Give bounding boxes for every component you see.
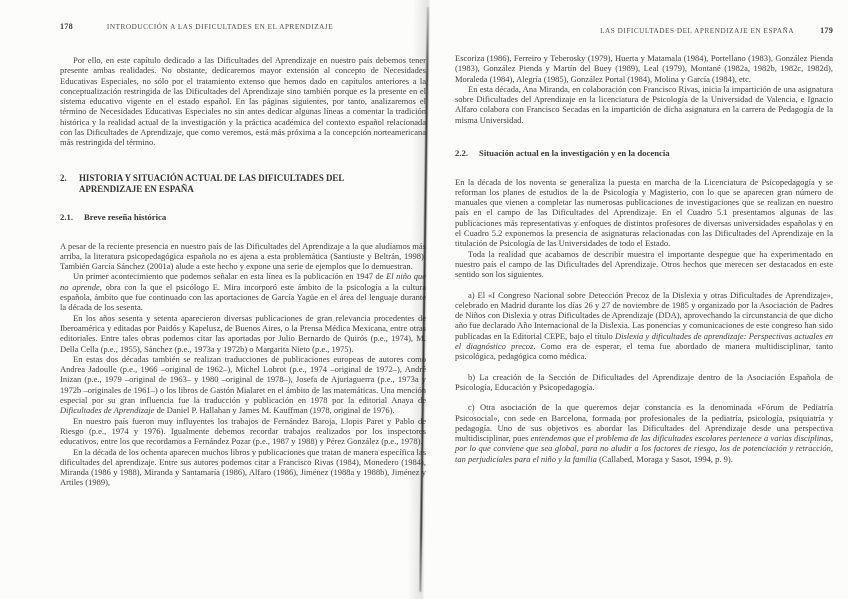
right-page-number: 179	[820, 26, 833, 35]
paragraph-miranda: En esta década, Ana Miranda, en colabora…	[455, 84, 833, 125]
paragraph-noventa: En la década de los noventa se generaliz…	[455, 177, 833, 249]
paragraph-intro: Por ello, en este capítulo dedicado a la…	[60, 55, 426, 148]
paragraph-autores-continuacion: Escoriza (1986), Ferreiro y Teberosky (1…	[455, 53, 833, 84]
paragraph-realidad: Toda la realidad que acabamos de describ…	[455, 249, 833, 280]
section-heading-title: HISTORIA Y SITUACIÓN ACTUAL DE LAS DIFIC…	[79, 173, 379, 195]
left-page: 178 INTRODUCCIÓN A LAS DIFICULTADES EN E…	[60, 22, 426, 488]
paragraph-sesenta: En los años sesenta y setenta apareciero…	[60, 313, 426, 354]
section-heading-number: 2.	[60, 173, 79, 195]
paragraph-influyentes: En nuestro país fueron muy influyentes l…	[60, 416, 426, 447]
left-running-head-title: INTRODUCCIÓN A LAS DIFICULTADES EN EL AP…	[107, 23, 333, 32]
subsection-heading-2-2: 2.2. Situación actual en la investigació…	[455, 148, 833, 159]
list-item-a: a) El «I Congreso Nacional sobre Detecci…	[455, 290, 833, 362]
section-heading-2: 2. HISTORIA Y SITUACIÓN ACTUAL DE LAS DI…	[60, 173, 426, 195]
subsection-heading-title: Breve reseña histórica	[84, 212, 166, 223]
left-page-number: 178	[60, 22, 73, 31]
paragraph-pesar: A pesar de la reciente presencia en nues…	[60, 241, 426, 272]
paragraph-decadas: En estas dos décadas también se realizan…	[60, 354, 426, 416]
right-running-header: LAS DIFICULTADES DEL APRENDIZAJE EN ESPA…	[455, 26, 833, 36]
list-item-b: b) La creación de la Sección de Dificult…	[455, 372, 833, 393]
book-scan-canvas: 178 INTRODUCCIÓN A LAS DIFICULTADES EN E…	[0, 0, 848, 599]
left-running-header: 178 INTRODUCCIÓN A LAS DIFICULTADES EN E…	[60, 22, 426, 32]
right-page: LAS DIFICULTADES DEL APRENDIZAJE EN ESPA…	[455, 26, 833, 464]
subsection-heading-number: 2.1.	[60, 212, 84, 223]
list-item-c: c) Otra asociación de la que queremos de…	[455, 402, 833, 464]
subsection-heading-2-1: 2.1. Breve reseña histórica	[60, 212, 426, 223]
paragraph-primer: Un primer acontecimiento que podemos señ…	[60, 271, 426, 312]
paragraph-ochenta: En la década de los ochenta aparecen muc…	[60, 447, 426, 488]
right-running-head-title: LAS DIFICULTADES DEL APRENDIZAJE EN ESPA…	[600, 27, 794, 36]
subsection-heading-number: 2.2.	[455, 148, 479, 159]
subsection-heading-title: Situación actual en la investigación y e…	[479, 148, 670, 159]
